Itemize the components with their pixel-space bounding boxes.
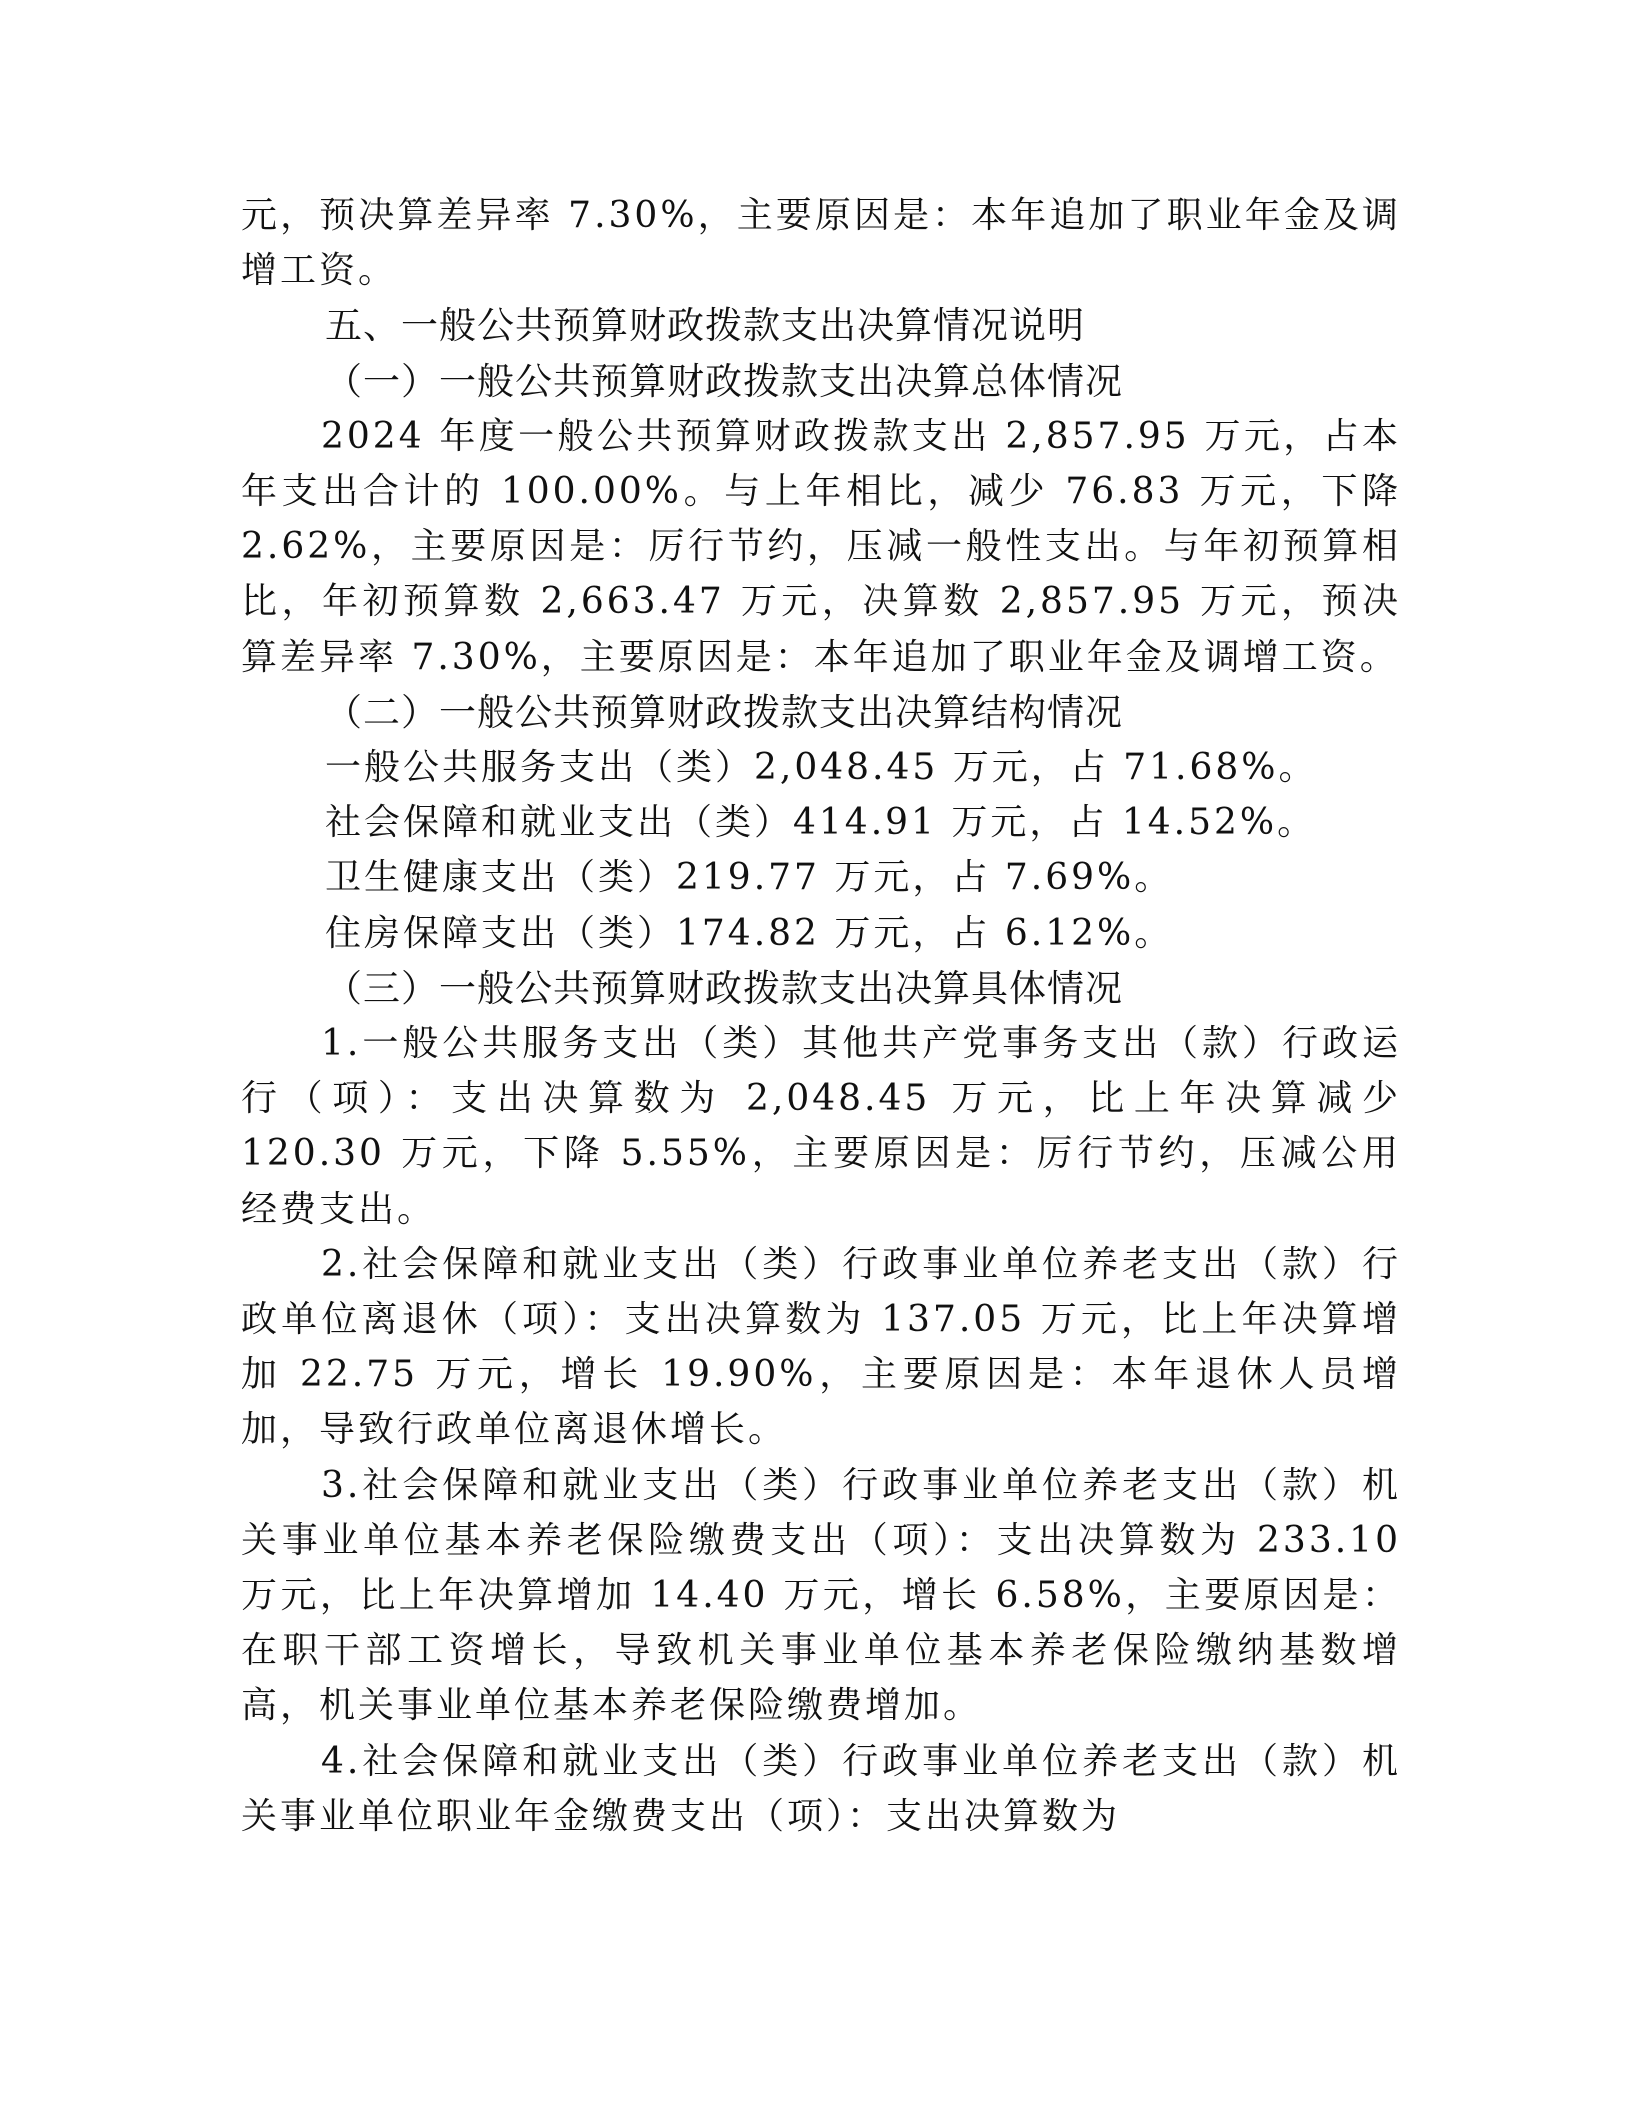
continuation-paragraph: 元，预决算差异率 7.30%，主要原因是：本年追加了职业年金及调增工资。 xyxy=(241,188,1401,298)
subsection-title-detail: （三）一般公共预算财政拨款支出决算具体情况 xyxy=(241,961,1401,1016)
structure-item: 卫生健康支出（类）219.77 万元，占 7.69%。 xyxy=(241,850,1401,905)
detail-paragraph: 1.一般公共服务支出（类）其他共产党事务支出（款）行政运行（项）：支出决算数为 … xyxy=(241,1016,1401,1237)
structure-item: 社会保障和就业支出（类）414.91 万元，占 14.52%。 xyxy=(241,795,1401,850)
subsection-title-structure: （二）一般公共预算财政拨款支出决算结构情况 xyxy=(241,685,1401,740)
structure-item: 住房保障支出（类）174.82 万元，占 6.12%。 xyxy=(241,906,1401,961)
detail-paragraph: 4.社会保障和就业支出（类）行政事业单位养老支出（款）机关事业单位职业年金缴费支… xyxy=(241,1734,1401,1844)
detail-paragraph: 3.社会保障和就业支出（类）行政事业单位养老支出（款）机关事业单位基本养老保险缴… xyxy=(241,1458,1401,1734)
structure-item: 一般公共服务支出（类）2,048.45 万元，占 71.68%。 xyxy=(241,740,1401,795)
subsection-title-overall: （一）一般公共预算财政拨款支出决算总体情况 xyxy=(241,354,1401,409)
overall-paragraph: 2024 年度一般公共预算财政拨款支出 2,857.95 万元，占本年支出合计的… xyxy=(241,409,1401,685)
detail-paragraph: 2.社会保障和就业支出（类）行政事业单位养老支出（款）行政单位离退休（项）：支出… xyxy=(241,1237,1401,1458)
document-page: 元，预决算差异率 7.30%，主要原因是：本年追加了职业年金及调增工资。 五、一… xyxy=(241,188,1401,1844)
section-title: 五、一般公共预算财政拨款支出决算情况说明 xyxy=(241,298,1401,353)
